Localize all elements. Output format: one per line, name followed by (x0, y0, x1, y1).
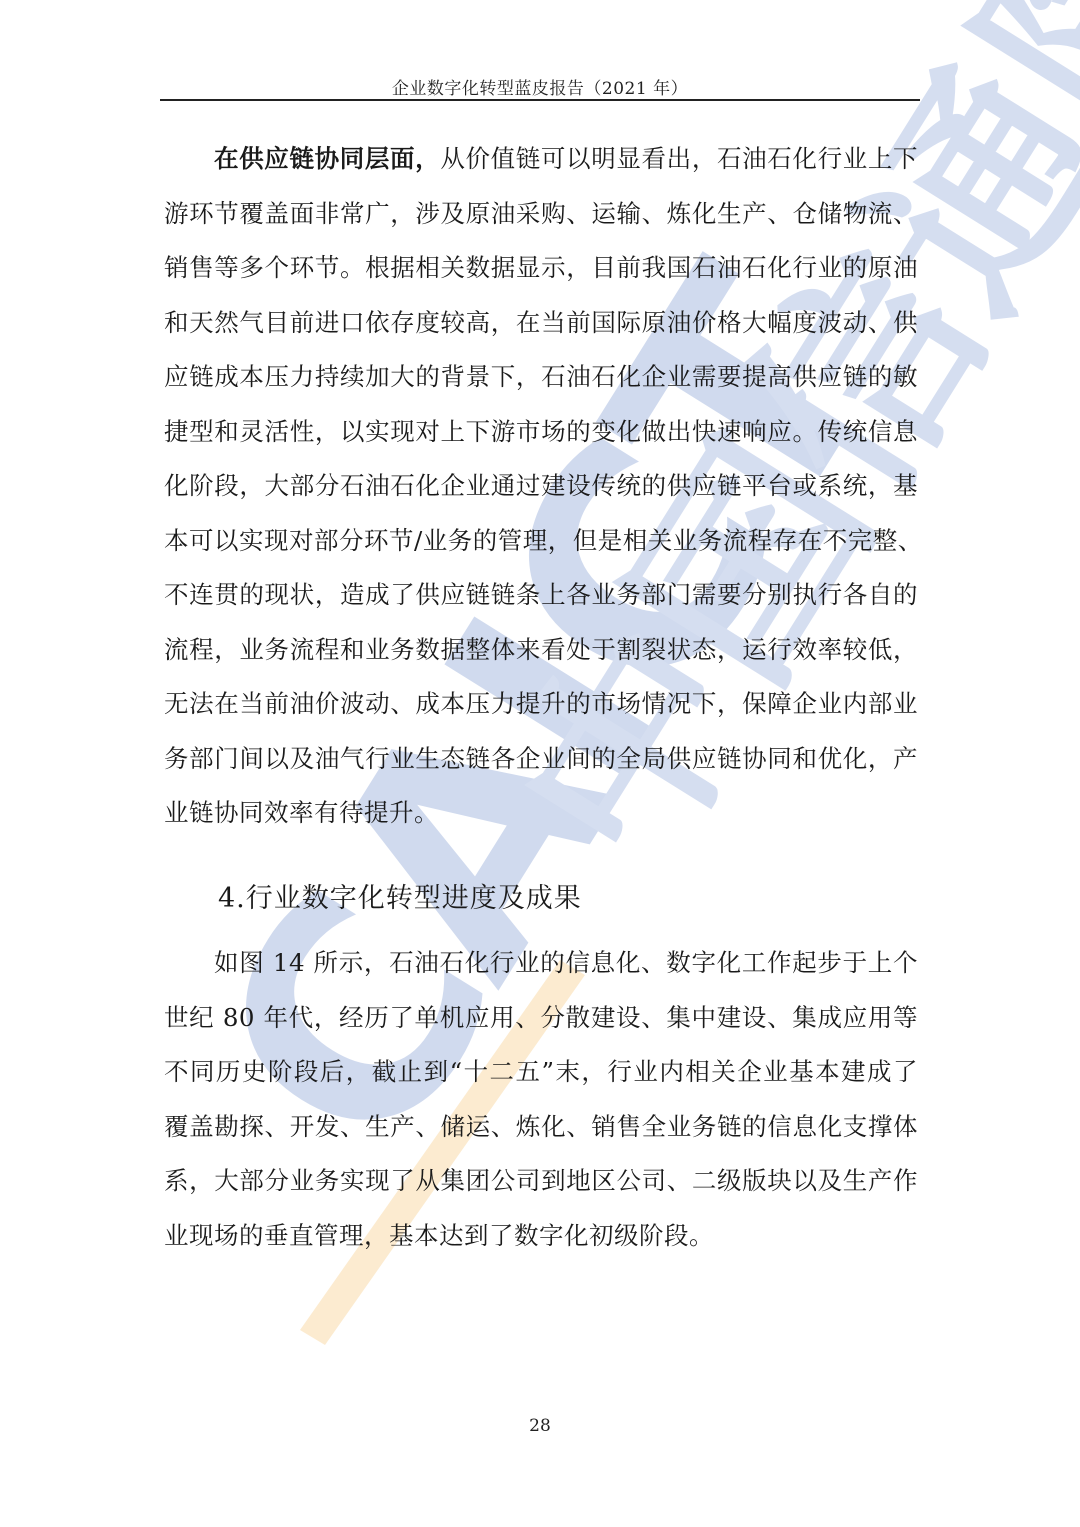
paragraph-line: 流程，业务流程和业务数据整体来看处于割裂状态，运行效率较低， (164, 623, 918, 678)
paragraph-line: 销售等多个环节。根据相关数据显示，目前我国石油石化行业的原油 (164, 241, 918, 296)
paragraph-line: 游环节覆盖面非常广，涉及原油采购、运输、炼化生产、仓储物流、 (164, 187, 918, 242)
paragraph-supply-chain: 在供应链协同层面，从价值链可以明显看出，石油石化行业上下 游环节覆盖面非常广，涉… (164, 132, 918, 841)
paragraph-line: 世纪 80 年代，经历了单机应用、分散建设、集中建设、集成应用等 (164, 991, 918, 1046)
paragraph-line: 业链协同效率有待提升。 (164, 786, 918, 841)
running-header: 企业数字化转型蓝皮报告（2021 年） (160, 74, 920, 99)
section-heading: 4.行业数字化转型进度及成果 (218, 874, 582, 924)
header-divider (160, 99, 920, 101)
paragraph-line: 务部门间以及油气行业生态链各企业间的全局供应链协同和优化，产 (164, 732, 918, 787)
paragraph-line: 不连贯的现状，造成了供应链链条上各业务部门需要分别执行各自的 (164, 568, 918, 623)
paragraph-line: 系，大部分业务实现了从集团公司到地区公司、二级版块以及生产作 (164, 1154, 918, 1209)
paragraph-line: 无法在当前油价波动、成本压力提升的市场情况下，保障企业内部业 (164, 677, 918, 732)
paragraph-line: 如图 14 所示，石油石化行业的信息化、数字化工作起步于上个 (164, 936, 918, 991)
paragraph-line: 业现场的垂直管理，基本达到了数字化初级阶段。 (164, 1209, 918, 1264)
paragraph-progress: 如图 14 所示，石油石化行业的信息化、数字化工作起步于上个 世纪 80 年代，… (164, 936, 918, 1263)
paragraph-line: 应链成本压力持续加大的背景下，石油石化企业需要提高供应链的敏 (164, 350, 918, 405)
paragraph-line: 化阶段，大部分石油石化企业通过建设传统的供应链平台或系统，基 (164, 459, 918, 514)
paragraph-line: 在供应链协同层面，从价值链可以明显看出，石油石化行业上下 (164, 132, 918, 187)
paragraph-line: 和天然气目前进口依存度较高，在当前国际原油价格大幅度波动、供 (164, 296, 918, 351)
bold-lead-phrase: 在供应链协同层面， (214, 144, 440, 173)
paragraph-line: 覆盖勘探、开发、生产、储运、炼化、销售全业务链的信息化支撑体 (164, 1100, 918, 1155)
page-number: 28 (0, 1416, 1080, 1436)
paragraph-line: 捷型和灵活性，以实现对上下游市场的变化做出快速响应。传统信息 (164, 405, 918, 460)
paragraph-line: 本可以实现对部分环节/业务的管理，但是相关业务流程存在不完整、 (164, 514, 918, 569)
document-page: CAICT 中国信通院 企业数字化转型蓝皮报告（2021 年） 在供应链协同层面… (0, 0, 1080, 1527)
paragraph-line: 不同历史阶段后，截止到“十二五”末，行业内相关企业基本建成了 (164, 1045, 918, 1100)
